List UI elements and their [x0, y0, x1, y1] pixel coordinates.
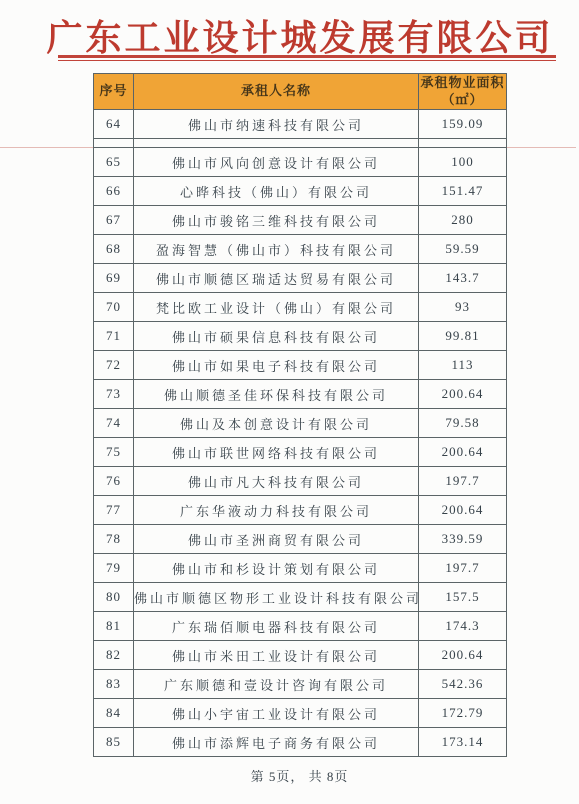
cell-serial-number: 72 [94, 351, 134, 380]
table-row: 79 佛山市和杉设计策划有限公司 197.7 [94, 554, 507, 583]
table-row: 68 盈海智慧（佛山市）科技有限公司 59.59 [94, 235, 507, 264]
cell-tenant-name: 心晔科技（佛山）有限公司 [134, 177, 419, 206]
cell-serial-number: 66 [94, 177, 134, 206]
cell-rental-area: 174.3 [419, 612, 507, 641]
cell-rental-area: 159.09 [419, 110, 507, 139]
cell-serial-number: 68 [94, 235, 134, 264]
cell-rental-area: 79.58 [419, 409, 507, 438]
cell-serial-number: 80 [94, 583, 134, 612]
table-row: 76 佛山市凡大科技有限公司 197.7 [94, 467, 507, 496]
cell-tenant-name: 佛山顺德圣佳环保科技有限公司 [134, 380, 419, 409]
table-row: 66 心晔科技（佛山）有限公司 151.47 [94, 177, 507, 206]
cell-serial-number: 74 [94, 409, 134, 438]
cell-rental-area: 200.64 [419, 496, 507, 525]
table-header-row: 序号 承租人名称 承租物业面积 （㎡） [94, 74, 507, 110]
cell-rental-area: 172.79 [419, 699, 507, 728]
cell-tenant-name: 广东瑞佰顺电器科技有限公司 [134, 612, 419, 641]
cell-tenant-name: 梵比欧工业设计（佛山）有限公司 [134, 293, 419, 322]
tenant-table: 序号 承租人名称 承租物业面积 （㎡） 64 佛山市纳速科技有限公司 159.0… [93, 73, 507, 757]
table-row: 78 佛山市圣洲商贸有限公司 339.59 [94, 525, 507, 554]
cell-serial-number: 81 [94, 612, 134, 641]
cell-rental-area: 197.7 [419, 467, 507, 496]
page-number-footer: 第 5页， 共 8页 [93, 766, 506, 785]
cell-tenant-name: 佛山市顺德区物形工业设计科技有限公司 [134, 583, 419, 612]
cell-rental-area: 157.5 [419, 583, 507, 612]
table-row: 67 佛山市骏铭三维科技有限公司 280 [94, 206, 507, 235]
header-tenant-name: 承租人名称 [134, 74, 419, 110]
cell-serial-number: 77 [94, 496, 134, 525]
cell-tenant-name: 佛山市如果电子科技有限公司 [134, 351, 419, 380]
cell-rental-area: 200.64 [419, 438, 507, 467]
cell-rental-area: 339.59 [419, 525, 507, 554]
table-row: 75 佛山市联世网络科技有限公司 200.64 [94, 438, 507, 467]
cell-tenant-name: 佛山及本创意设计有限公司 [134, 409, 419, 438]
cell-rental-area: 113 [419, 351, 507, 380]
table-row: 82 佛山市米田工业设计有限公司 200.64 [94, 641, 507, 670]
cell-tenant-name: 佛山市米田工业设计有限公司 [134, 641, 419, 670]
cell-serial-number: 71 [94, 322, 134, 351]
cell-tenant-name: 佛山市骏铭三维科技有限公司 [134, 206, 419, 235]
cell-rental-area: 93 [419, 293, 507, 322]
header-rental-area: 承租物业面积 （㎡） [419, 74, 507, 110]
cell-rental-area: 143.7 [419, 264, 507, 293]
cell-tenant-name: 佛山市凡大科技有限公司 [134, 467, 419, 496]
company-title: 广东工业设计城发展有限公司 [40, 10, 560, 61]
cell-rental-area: 197.7 [419, 554, 507, 583]
cell-rental-area: 100 [419, 148, 507, 177]
table-row: 72 佛山市如果电子科技有限公司 113 [94, 351, 507, 380]
cell-tenant-name: 盈海智慧（佛山市）科技有限公司 [134, 235, 419, 264]
table-row: 83 广东顺德和壹设计咨询有限公司 542.36 [94, 670, 507, 699]
cell-serial-number: 84 [94, 699, 134, 728]
cell-tenant-name: 佛山市添辉电子商务有限公司 [134, 728, 419, 757]
table-row: 74 佛山及本创意设计有限公司 79.58 [94, 409, 507, 438]
cell-serial-number: 69 [94, 264, 134, 293]
table-row: 85 佛山市添辉电子商务有限公司 173.14 [94, 728, 507, 757]
cell-tenant-name: 佛山小宇宙工业设计有限公司 [134, 699, 419, 728]
cell-tenant-name: 佛山市顺德区瑞适达贸易有限公司 [134, 264, 419, 293]
cell-serial-number: 67 [94, 206, 134, 235]
table-row: 77 广东华液动力科技有限公司 200.64 [94, 496, 507, 525]
cell-rental-area: 173.14 [419, 728, 507, 757]
cell-serial-number: 65 [94, 148, 134, 177]
table-body: 64 佛山市纳速科技有限公司 159.09 65 佛山市风向创意设计有限公司 1… [94, 110, 507, 757]
table-row: 80 佛山市顺德区物形工业设计科技有限公司 157.5 [94, 583, 507, 612]
cell-serial-number: 75 [94, 438, 134, 467]
table-row: 71 佛山市硕果信息科技有限公司 99.81 [94, 322, 507, 351]
cell-tenant-name: 佛山市圣洲商贸有限公司 [134, 525, 419, 554]
header-rental-area-unit: （㎡） [419, 92, 506, 108]
cell-serial-number: 79 [94, 554, 134, 583]
cell-tenant-name: 广东顺德和壹设计咨询有限公司 [134, 670, 419, 699]
cell-tenant-name: 广东华液动力科技有限公司 [134, 496, 419, 525]
title-underline-rule [58, 55, 556, 61]
cell-rental-area: 99.81 [419, 322, 507, 351]
table-row: 69 佛山市顺德区瑞适达贸易有限公司 143.7 [94, 264, 507, 293]
table-row: 81 广东瑞佰顺电器科技有限公司 174.3 [94, 612, 507, 641]
cell-tenant-name: 佛山市纳速科技有限公司 [134, 110, 419, 139]
cell-serial-number: 82 [94, 641, 134, 670]
cell-tenant-name: 佛山市联世网络科技有限公司 [134, 438, 419, 467]
cell-serial-number: 78 [94, 525, 134, 554]
table-row: 65 佛山市风向创意设计有限公司 100 [94, 148, 507, 177]
cell-rental-area: 59.59 [419, 235, 507, 264]
table-row: 64 佛山市纳速科技有限公司 159.09 [94, 110, 507, 139]
cell-serial-number: 64 [94, 110, 134, 139]
cell-serial-number: 70 [94, 293, 134, 322]
cell-serial-number: 83 [94, 670, 134, 699]
cell-serial-number: 76 [94, 467, 134, 496]
cell-rental-area: 200.64 [419, 380, 507, 409]
table-row: 73 佛山顺德圣佳环保科技有限公司 200.64 [94, 380, 507, 409]
cell-rental-area: 542.36 [419, 670, 507, 699]
cell-tenant-name: 佛山市硕果信息科技有限公司 [134, 322, 419, 351]
cell-serial-number: 85 [94, 728, 134, 757]
table-row: 70 梵比欧工业设计（佛山）有限公司 93 [94, 293, 507, 322]
cell-rental-area: 151.47 [419, 177, 507, 206]
cell-tenant-name: 佛山市和杉设计策划有限公司 [134, 554, 419, 583]
cell-rental-area: 200.64 [419, 641, 507, 670]
cell-rental-area: 280 [419, 206, 507, 235]
cell-serial-number: 73 [94, 380, 134, 409]
table-row: 84 佛山小宇宙工业设计有限公司 172.79 [94, 699, 507, 728]
cell-tenant-name: 佛山市风向创意设计有限公司 [134, 148, 419, 177]
table-spacer-row [94, 139, 507, 148]
document-page: 广东工业设计城发展有限公司 序号 承租人名称 承租物业面积 （㎡） 64 佛山市… [0, 0, 579, 804]
header-serial-number: 序号 [94, 74, 134, 110]
header-rental-area-line1: 承租物业面积 [419, 75, 506, 91]
